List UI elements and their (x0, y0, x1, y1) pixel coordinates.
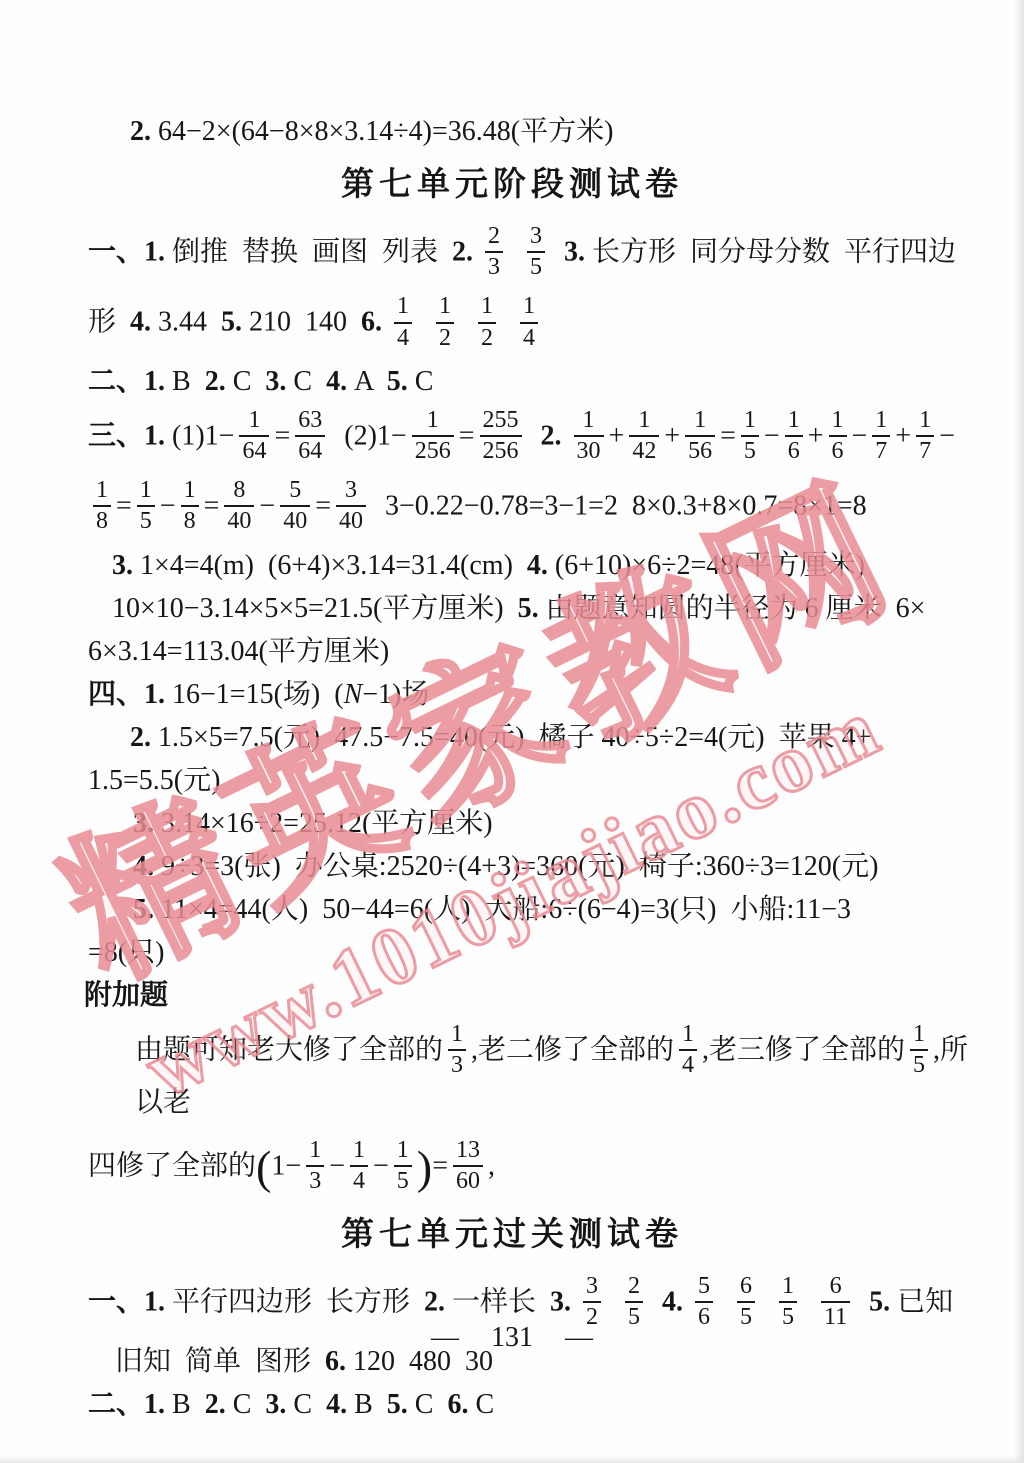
answer-line: 四、1. 16−1=15(场) (N−1)场 (0, 673, 1024, 716)
text-run: + (664, 420, 680, 451)
text-run: 6×3.14=113.04(平方厘米) (88, 636, 389, 667)
text-run: ,老三修了全部的 (702, 1034, 905, 1065)
text-run (718, 1287, 732, 1318)
text-run: 5. (387, 1389, 415, 1420)
text-run: 由题意知圆的半径为 6 厘米 6× (546, 593, 926, 624)
answer-line: 形 4. 3.44 5. 210 140 6. 14 12 12 14 (0, 289, 1024, 359)
fraction: 16 (785, 408, 803, 464)
answer-body: 2. 64−2×(64−8×8×3.14÷4)=36.48(平方米)第七单元阶段… (0, 110, 1024, 1426)
text-run: 6. (447, 1389, 475, 1420)
text-run: + (895, 420, 911, 451)
fraction: 17 (872, 408, 890, 464)
text-run: 3. (133, 808, 161, 839)
footer-dash-right: — (565, 1322, 593, 1353)
fraction: 35 (527, 224, 545, 280)
page-number: 131 (491, 1322, 533, 1353)
answer-line: 4. 9÷3=3(张) 办公桌:2520÷(4+3)=360(元) 椅子:360… (0, 845, 1024, 888)
answer-line: 1.5=5.5(元) (0, 759, 1024, 802)
text-run: B (172, 366, 205, 397)
fraction: 14 (394, 294, 412, 350)
text-run: 一样长 (452, 1287, 550, 1318)
text-run: C (475, 1389, 494, 1420)
fraction: 255256 (480, 408, 522, 464)
text-run: + (808, 420, 824, 451)
text-run: − (939, 420, 955, 451)
answer-line: 2. 1.5×5=7.5(元) 47.5−7.5=40(元) 橘子 40÷5÷2… (0, 716, 1024, 759)
text-run (606, 1287, 620, 1318)
text-run: A (354, 366, 387, 397)
answer-line: 二、1. B 2. C 3. C 4. A 5. C (0, 360, 1024, 403)
text-run: − (852, 420, 868, 451)
text-run (508, 237, 522, 268)
text-run: 由题可知老大修了全部的 (135, 1034, 443, 1065)
text-run: (6+10)×6÷2=48(平方厘米) (555, 550, 865, 581)
text-run (459, 307, 473, 338)
text-run: ( (256, 1142, 271, 1193)
text-run: = (116, 491, 132, 522)
text-run: = (315, 491, 331, 522)
text-run: 2. (541, 420, 569, 451)
answer-line: 2. 64−2×(64−8×8×3.14÷4)=36.48(平方米) (0, 110, 1024, 153)
text-run: (2)1− (330, 420, 406, 451)
answer-line: 一、1. 倒推 替换 画图 列表 2. 23 35 3. 长方形 同分母分数 平… (0, 219, 1024, 289)
footer-dash-left: — (431, 1322, 459, 1353)
text-run: ) (417, 1142, 432, 1193)
fraction: 18 (93, 478, 111, 534)
text-run: C (233, 366, 266, 397)
fraction: 15 (741, 408, 759, 464)
text-run: = (274, 420, 290, 451)
text-run: 5. (387, 366, 415, 397)
fraction: 6364 (295, 408, 325, 464)
text-run: 10×10−3.14×5×5=21.5(平方厘米) (112, 593, 518, 624)
text-run: B (354, 1389, 387, 1420)
answer-line: 18=15−18=840−540=340 3−0.22−0.78=3−1=2 8… (0, 473, 1024, 543)
text-run: C (233, 1389, 266, 1420)
text-run: 3. (112, 550, 140, 581)
fraction: 1256 (412, 408, 454, 464)
fraction: 12 (478, 294, 496, 350)
answer-line: =8(只) (0, 931, 1024, 974)
text-run: 2. (424, 1287, 452, 1318)
text-run: = (459, 420, 475, 451)
fraction: 1360 (453, 1138, 483, 1194)
fraction: 15 (910, 1022, 928, 1078)
text-run: + (609, 420, 625, 451)
text-run: C (293, 366, 326, 397)
text-run: 二、1. (88, 1389, 172, 1420)
text-run: − (160, 491, 176, 522)
text-run: 9÷3=3(张) 办公桌:2520÷(4+3)=360(元) 椅子:360÷3=… (161, 851, 878, 882)
text-run: 3. (564, 237, 592, 268)
text-run: 3.44 (158, 307, 221, 338)
page-footer: —131— (0, 1322, 1024, 1354)
fraction: 23 (485, 224, 503, 280)
text-run: 3.14×16÷2=25.12(平方厘米) (161, 808, 493, 839)
text-run (760, 1287, 774, 1318)
answer-line: 三、1. (1)1−164=6364 (2)1−1256=255256 2. 1… (0, 403, 1024, 473)
fraction: 16 (829, 408, 847, 464)
text-run: 第七单元过关测试卷 (341, 1217, 683, 1253)
text-run: 二、1. (88, 366, 172, 397)
text-run: 11×4=44(人) 50−44=6(人) 大船:6÷(6−4)=3(只) 小船… (161, 894, 851, 925)
text-run: 平行四边形 长方形 (172, 1287, 424, 1318)
text-run: C (415, 1389, 448, 1420)
text-run: −1)场 (362, 679, 429, 710)
text-run: 210 140 (249, 307, 361, 338)
text-run: 64−2×(64−8×8×3.14÷4)=36.48(平方米) (158, 116, 613, 147)
text-run: 3. (550, 1287, 578, 1318)
section-title: 第七单元阶段测试卷 (0, 153, 1024, 219)
text-run: 三、1. (88, 420, 172, 451)
text-run: 5. (221, 307, 249, 338)
text-run: − (373, 1150, 389, 1181)
text-run (501, 307, 515, 338)
text-run: 4. (527, 550, 555, 581)
answer-line: 3. 1×4=4(m) (6+4)×3.14=31.4(cm) 4. (6+10… (0, 544, 1024, 587)
fraction: 14 (679, 1022, 697, 1078)
fraction: 130 (574, 408, 604, 464)
answer-line: 10×10−3.14×5×5=21.5(平方厘米) 5. 由题意知圆的半径为 6… (0, 587, 1024, 630)
text-run: 3. (265, 366, 293, 397)
text-run: 5. (869, 1287, 897, 1318)
fraction: 13 (306, 1138, 324, 1194)
fraction: 142 (629, 408, 659, 464)
text-run: 1×4=4(m) (6+4)×3.14=31.4(cm) (140, 550, 527, 581)
fraction: 14 (520, 294, 538, 350)
text-run: 1.5×5=7.5(元) 47.5−7.5=40(元) 橘子 40÷5÷2=4(… (158, 722, 871, 753)
text-run: ,老二修了全部的 (471, 1034, 674, 1065)
fraction: 15 (137, 478, 155, 534)
text-run (802, 1287, 816, 1318)
answer-line: 5. 11×4=44(人) 50−44=6(人) 大船:6÷(6−4)=3(只)… (0, 888, 1024, 931)
text-run: 第七单元阶段测试卷 (341, 167, 683, 203)
fraction: 13 (448, 1022, 466, 1078)
text-run: − (329, 1150, 345, 1181)
text-run: B (172, 1389, 205, 1420)
fraction: 18 (181, 478, 199, 534)
text-run: 1− (271, 1150, 301, 1181)
answer-line: 由题可知老大修了全部的13,老二修了全部的14,老三修了全部的15,所以老 (0, 1017, 1024, 1133)
fraction: 164 (239, 408, 269, 464)
text-run: 附加题 (84, 980, 168, 1011)
text-run (527, 420, 541, 451)
text-run: = (204, 491, 220, 522)
text-run: = (720, 420, 736, 451)
fraction: 340 (336, 478, 366, 534)
text-run: 4. (326, 366, 354, 397)
fraction: 14 (350, 1138, 368, 1194)
answer-line: 6×3.14=113.04(平方厘米) (0, 630, 1024, 673)
text-run: 倒推 替换 画图 列表 (172, 237, 452, 268)
text-run: C (415, 366, 434, 397)
text-run: 4. (130, 307, 158, 338)
answer-line: 四修了全部的(1−13−14−15)=1360, (0, 1133, 1024, 1203)
fraction: 540 (280, 478, 310, 534)
fraction: 17 (916, 408, 934, 464)
text-run: 16−1=15(场) ( (172, 679, 344, 710)
text-run: 5. (133, 894, 161, 925)
text-run: 6. (361, 307, 389, 338)
text-run: 形 (88, 307, 130, 338)
text-run: 2. (205, 366, 233, 397)
text-run: 2. (130, 722, 158, 753)
text-run: 2. (452, 237, 480, 268)
section-title: 第七单元过关测试卷 (0, 1203, 1024, 1269)
text-run: 一、1. (88, 1287, 172, 1318)
text-run: , (488, 1150, 495, 1181)
fraction: 15 (394, 1138, 412, 1194)
text-run: 2. (205, 1389, 233, 1420)
text-run: 2. (130, 116, 158, 147)
text-run: 4. (133, 851, 161, 882)
answer-line: 附加题 (0, 974, 1024, 1017)
fraction: 156 (685, 408, 715, 464)
scanned-page: 2. 64−2×(64−8×8×3.14÷4)=36.48(平方米)第七单元阶段… (0, 0, 1024, 1463)
scan-edge-shadow-right (1014, 0, 1024, 1463)
text-run: (1)1− (172, 420, 234, 451)
fraction: 12 (436, 294, 454, 350)
text-run: C (293, 1389, 326, 1420)
text-run (648, 1287, 662, 1318)
text-run: =8(只) (88, 937, 164, 968)
text-run: = (432, 1150, 448, 1181)
text-run (550, 237, 564, 268)
scan-edge-shadow-bottom (0, 1455, 1024, 1463)
text-run: 3. (265, 1389, 293, 1420)
answer-line: 3. 3.14×16÷2=25.12(平方厘米) (0, 802, 1024, 845)
text-run: 一、1. (88, 237, 172, 268)
text-run: 3−0.22−0.78=3−1=2 8×0.3+8×0.7=8×1=8 (371, 491, 867, 522)
text-run: 已知 (897, 1287, 953, 1318)
fraction: 840 (224, 478, 254, 534)
text-run: 四修了全部的 (88, 1150, 256, 1181)
text-run: N (344, 679, 363, 710)
text-run: 四、1. (88, 679, 172, 710)
text-run (417, 307, 431, 338)
text-run: 长方形 同分母分数 平行四边 (592, 237, 956, 268)
text-run: 4. (326, 1389, 354, 1420)
text-run: 5. (518, 593, 546, 624)
text-run: − (764, 420, 780, 451)
text-run: 4. (662, 1287, 690, 1318)
text-run (855, 1287, 869, 1318)
answer-line: 二、1. B 2. C 3. C 4. B 5. C 6. C (0, 1383, 1024, 1426)
text-run: 1.5=5.5(元) (88, 765, 220, 796)
text-run: − (259, 491, 275, 522)
